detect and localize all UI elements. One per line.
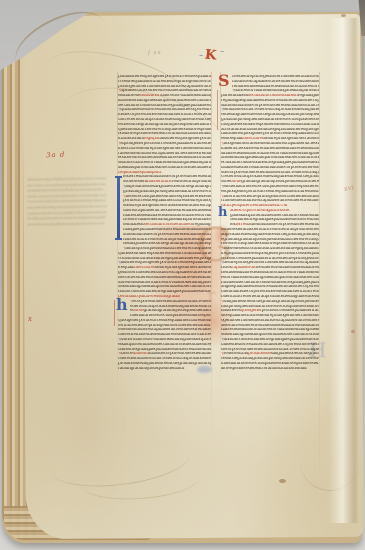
pencil-foliation-note: f na bbox=[148, 50, 162, 57]
initial-I-blue bbox=[117, 176, 121, 240]
penwork-flourish: ~ bbox=[220, 49, 224, 55]
text-line: illo respondere debeat coram iusticiarii… bbox=[221, 367, 307, 372]
text-column-left: pat filius heres quod gener portio succe… bbox=[118, 75, 211, 371]
margin-show-through-text: villan sokemann gauelkind partem habeat … bbox=[27, 176, 108, 228]
manuscript-photo: f na K ~ ~ 3a d x xvi villan sokemann ga… bbox=[0, 0, 365, 550]
left-margin-x-mark: x bbox=[28, 315, 33, 323]
initial-h-blue-right: h bbox=[218, 206, 227, 219]
text-line: radu in gradum quousque inueniatur heres… bbox=[118, 367, 185, 372]
left-margin-red-note: 3a d bbox=[46, 151, 66, 160]
quire-signature-letter: K bbox=[204, 47, 217, 63]
penwork-flourish: ~ bbox=[199, 53, 203, 59]
text-column-right: tres de iure primogenito terra tenementu… bbox=[221, 75, 319, 371]
initial-h-blue-left: h bbox=[116, 297, 128, 313]
initial-S-red: S bbox=[218, 73, 230, 89]
